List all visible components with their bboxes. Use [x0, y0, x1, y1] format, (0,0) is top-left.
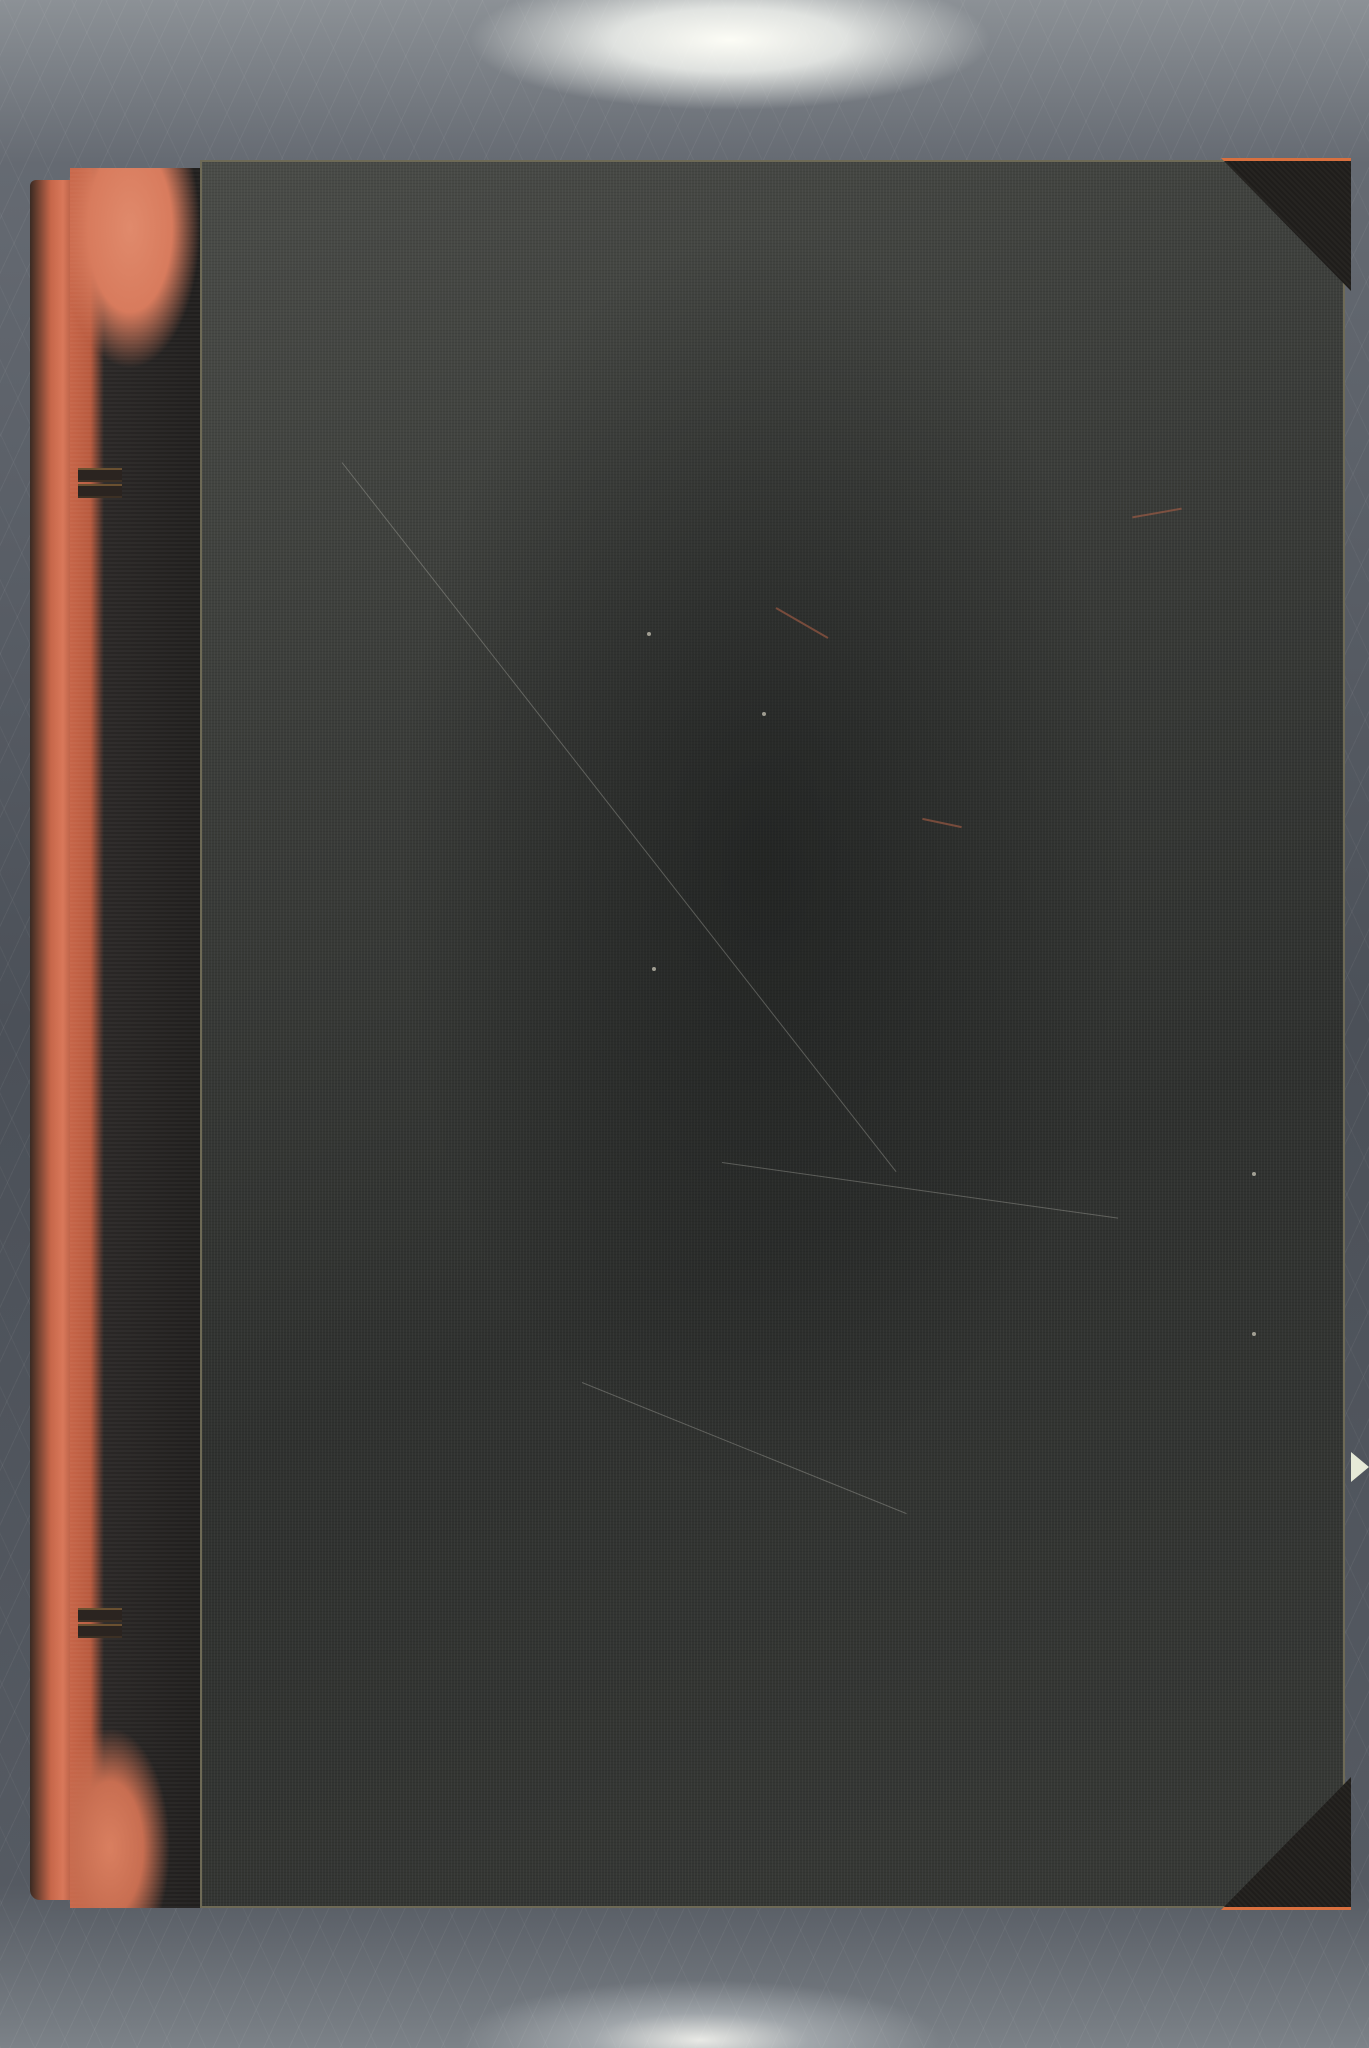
book [30, 160, 1345, 1908]
front-board [200, 160, 1345, 1908]
fleck [1252, 1332, 1256, 1336]
corner-top-right [1221, 158, 1351, 291]
spine-band [78, 484, 122, 498]
fleck [762, 712, 766, 716]
corner-bottom-right [1221, 1777, 1351, 1910]
spine-band [78, 1624, 122, 1638]
rust-mark [1132, 508, 1182, 519]
board-scratch [342, 462, 897, 1172]
board-scratch [722, 1162, 1118, 1219]
fleck [1252, 1172, 1256, 1176]
fleck [647, 632, 651, 636]
spine-band [78, 1608, 122, 1622]
spine-band [78, 468, 122, 482]
rust-mark [776, 607, 829, 639]
rust-mark [922, 818, 962, 828]
fleck [652, 967, 656, 971]
board-scratch [582, 1382, 907, 1514]
